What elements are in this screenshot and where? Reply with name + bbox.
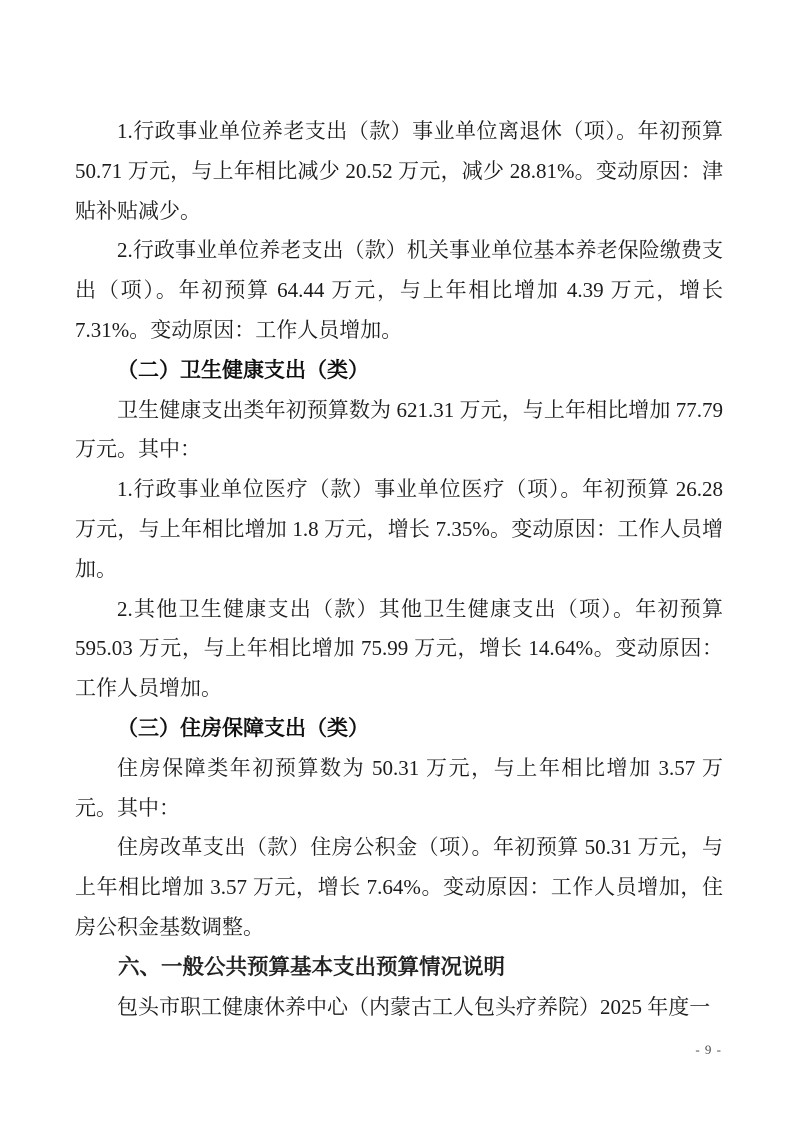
document-page: 1.行政事业单位养老支出（款）事业单位离退休（项）。年初预算 50.71 万元，… [0,0,794,1123]
paragraph: 卫生健康支出类年初预算数为 621.31 万元，与上年相比增加 77.79 万元… [75,391,723,471]
paragraph: 1.行政事业单位养老支出（款）事业单位离退休（项）。年初预算 50.71 万元，… [75,112,723,231]
document-body: 1.行政事业单位养老支出（款）事业单位离退休（项）。年初预算 50.71 万元，… [75,112,723,1027]
page-number: - 9 - [695,1042,722,1058]
paragraph: 住房改革支出（款）住房公积金（项）。年初预算 50.31 万元，与上年相比增加 … [75,828,723,947]
paragraph: 包头市职工健康休养中心（内蒙古工人包头疗养院）2025 年度一 [75,988,723,1028]
paragraph: 2.行政事业单位养老支出（款）机关事业单位基本养老保险缴费支出（项）。年初预算 … [75,231,723,350]
section-heading: （二）卫生健康支出（类） [75,351,723,391]
major-section-heading: 六、一般公共预算基本支出预算情况说明 [75,948,723,988]
paragraph: 1.行政事业单位医疗（款）事业单位医疗（项）。年初预算 26.28 万元，与上年… [75,470,723,589]
paragraph: 住房保障类年初预算数为 50.31 万元，与上年相比增加 3.57 万元。其中： [75,749,723,829]
paragraph: 2.其他卫生健康支出（款）其他卫生健康支出（项）。年初预算 595.03 万元，… [75,590,723,709]
section-heading: （三）住房保障支出（类） [75,709,723,749]
